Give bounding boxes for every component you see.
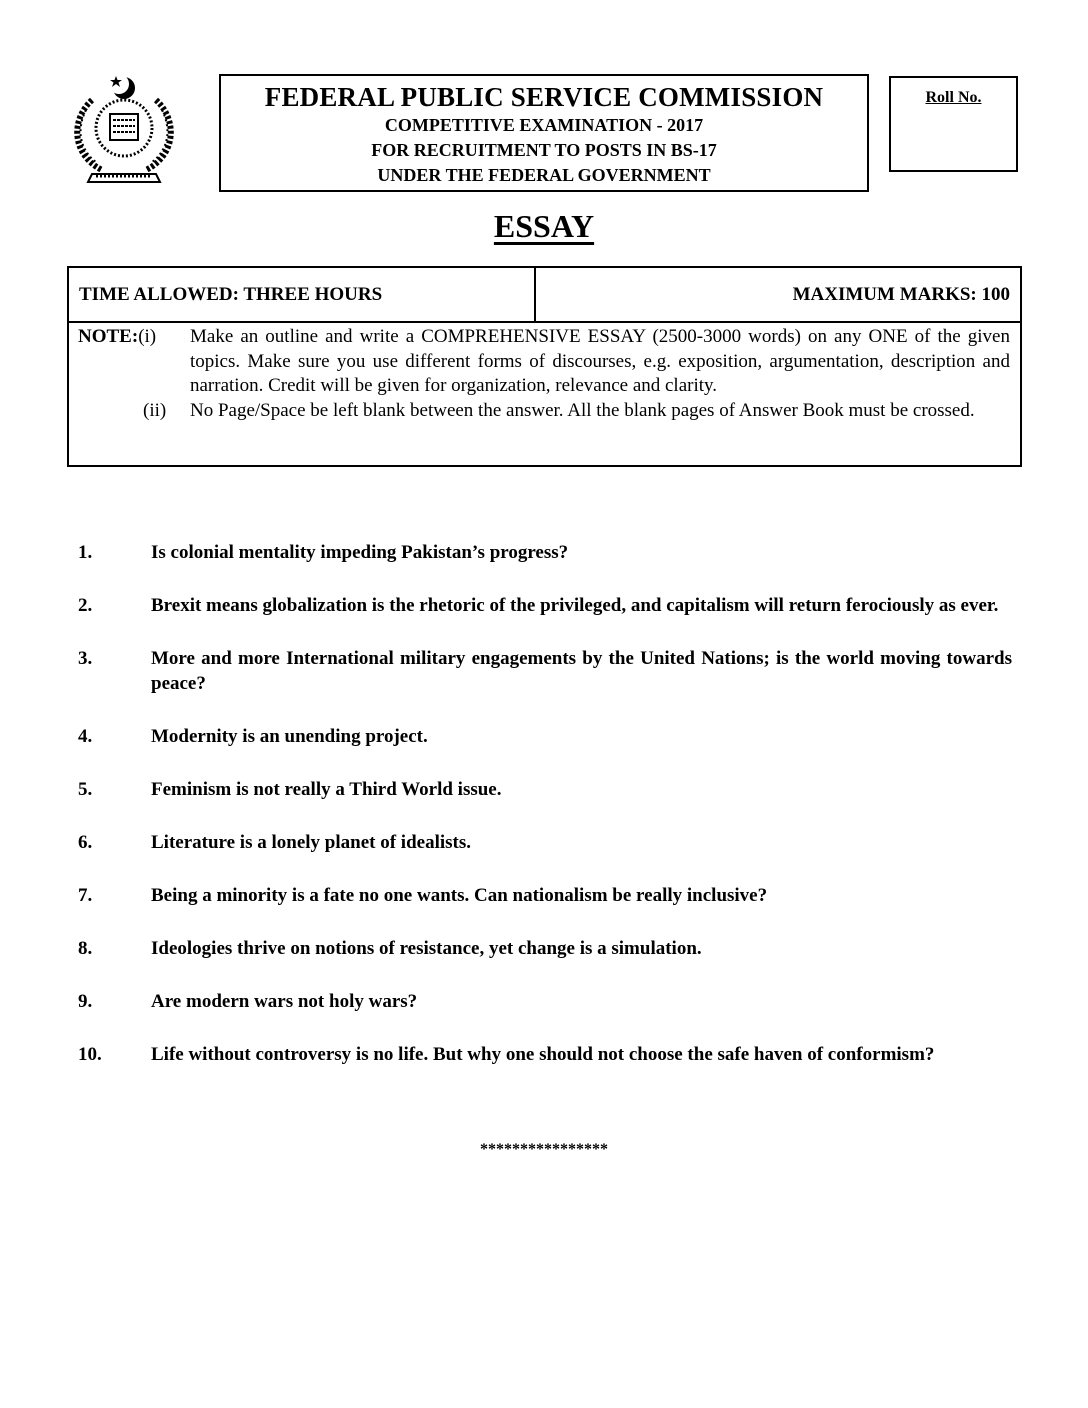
question-item: 2.Brexit means globalization is the rhet… (78, 593, 1012, 618)
question-item: 5.Feminism is not really a Third World i… (78, 777, 1012, 802)
notes-section: NOTE:(i) Make an outline and write a COM… (69, 323, 1020, 423)
question-number: 9. (78, 989, 92, 1014)
question-item: 4.Modernity is an unending project. (78, 724, 1012, 749)
question-number: 8. (78, 936, 92, 961)
question-item: 9.Are modern wars not holy wars? (78, 989, 1012, 1014)
question-item: 8.Ideologies thrive on notions of resist… (78, 936, 1012, 961)
question-number: 4. (78, 724, 92, 749)
exam-info-header-row: TIME ALLOWED: THREE HOURS MAXIMUM MARKS:… (69, 268, 1020, 323)
organization-title: FEDERAL PUBLIC SERVICE COMMISSION (221, 82, 867, 113)
question-number: 3. (78, 646, 92, 671)
fpsc-emblem-icon (62, 70, 186, 190)
note-marker: (i) (138, 326, 156, 347)
question-item: 1.Is colonial mentality impeding Pakista… (78, 540, 1012, 565)
header-box: FEDERAL PUBLIC SERVICE COMMISSION COMPET… (219, 74, 869, 192)
question-text: Are modern wars not holy wars? (151, 989, 1012, 1014)
note-text: No Page/Space be left blank between the … (190, 399, 1010, 424)
time-allowed: TIME ALLOWED: THREE HOURS (69, 268, 536, 321)
question-text: Life without controversy is no life. But… (151, 1042, 1012, 1067)
exam-info-table: TIME ALLOWED: THREE HOURS MAXIMUM MARKS:… (67, 266, 1022, 467)
question-number: 10. (78, 1042, 102, 1067)
exam-title: COMPETITIVE EXAMINATION - 2017 (221, 113, 867, 138)
government-line: UNDER THE FEDERAL GOVERNMENT (221, 163, 867, 188)
note-label: NOTE:(i) (78, 325, 156, 350)
question-number: 6. (78, 830, 92, 855)
question-number: 2. (78, 593, 92, 618)
question-text: More and more International military eng… (151, 646, 1012, 696)
end-marker: **************** (0, 1141, 1088, 1159)
question-item: 3.More and more International military e… (78, 646, 1012, 696)
recruitment-line: FOR RECRUITMENT TO POSTS IN BS-17 (221, 138, 867, 163)
question-text: Brexit means globalization is the rhetor… (151, 593, 1012, 618)
note-item: NOTE:(i) Make an outline and write a COM… (69, 325, 1020, 399)
question-text: Feminism is not really a Third World iss… (151, 777, 1012, 802)
question-number: 7. (78, 883, 92, 908)
note-text: Make an outline and write a COMPREHENSIV… (190, 325, 1010, 399)
question-text: Is colonial mentality impeding Pakistan’… (151, 540, 1012, 565)
maximum-marks: MAXIMUM MARKS: 100 (536, 268, 1020, 321)
roll-number-label: Roll No. (926, 89, 982, 107)
subject-title: ESSAY (0, 208, 1088, 245)
note-item: (ii) No Page/Space be left blank between… (69, 399, 1020, 424)
question-text: Literature is a lonely planet of idealis… (151, 830, 1012, 855)
question-number: 5. (78, 777, 92, 802)
question-text: Being a minority is a fate no one wants.… (151, 883, 1012, 908)
question-list: 1.Is colonial mentality impeding Pakista… (78, 540, 1012, 1095)
question-item: 10.Life without controversy is no life. … (78, 1042, 1012, 1067)
roll-number-box: Roll No. (889, 76, 1018, 172)
note-marker: (ii) (143, 399, 166, 424)
question-number: 1. (78, 540, 92, 565)
question-item: 6.Literature is a lonely planet of ideal… (78, 830, 1012, 855)
question-text: Modernity is an unending project. (151, 724, 1012, 749)
question-text: Ideologies thrive on notions of resistan… (151, 936, 1012, 961)
question-item: 7.Being a minority is a fate no one want… (78, 883, 1012, 908)
